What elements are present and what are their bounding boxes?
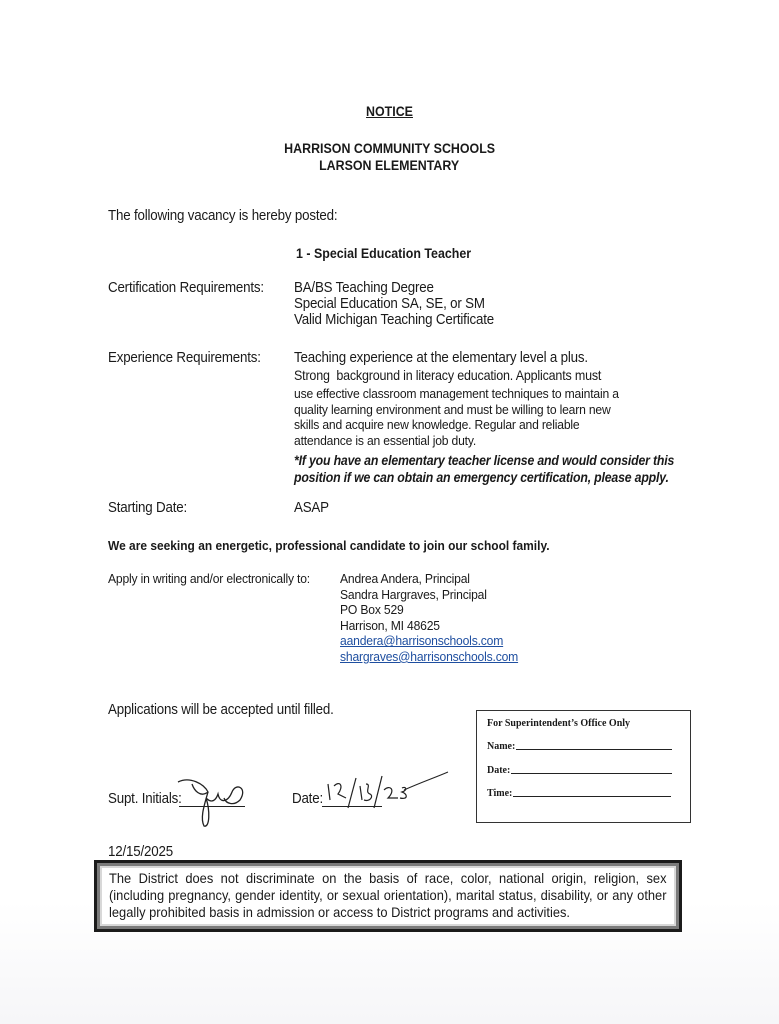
experience-line: Strong background in literacy education.… [294, 368, 601, 383]
posted-date: 12/15/2025 [108, 844, 173, 860]
superintendent-office-box: For Superintendent’s Office Only Name: D… [476, 710, 691, 823]
school-name-wrap: LARSON ELEMENTARY [0, 157, 779, 175]
intro-text: The following vacancy is hereby posted: [108, 208, 337, 224]
nondiscrimination-statement: The District does not discriminate on th… [109, 870, 667, 921]
position-title: 1 - Special Education Teacher [296, 246, 471, 261]
seeking-statement: We are seeking an energetic, professiona… [108, 538, 550, 553]
nondiscrimination-box: The District does not discriminate on th… [94, 860, 682, 932]
office-name-field[interactable] [516, 748, 672, 750]
experience-lead: Teaching experience at the elementary le… [294, 350, 588, 366]
office-date-field[interactable] [511, 772, 672, 774]
email-link-hargraves[interactable]: shargraves@harrisonschools.com [340, 649, 518, 665]
apply-contacts: Andrea Andera, Principal Sandra Hargrave… [340, 571, 518, 665]
office-date-label: Date: [487, 765, 510, 776]
office-box-title: For Superintendent’s Office Only [487, 718, 630, 729]
notice-heading: NOTICE [366, 104, 413, 119]
notice-heading-wrap: NOTICE [0, 103, 779, 121]
handwritten-initials-signature [170, 770, 250, 830]
experience-details: use effective classroom management techn… [294, 386, 619, 448]
experience-label: Experience Requirements: [108, 350, 261, 366]
experience-detail-line: quality learning environment and must be… [294, 402, 619, 418]
experience-detail-line: attendance is an essential job duty. [294, 433, 619, 449]
certification-item: Special Education SA, SE, or SM [294, 296, 494, 312]
note-line: position if we can obtain an emergency c… [294, 469, 674, 486]
office-name-row: Name: [487, 741, 672, 752]
experience-detail-line: skills and acquire new knowledge. Regula… [294, 417, 619, 433]
experience-detail-line: use effective classroom management techn… [294, 386, 619, 402]
school-name: LARSON ELEMENTARY [319, 158, 459, 173]
office-time-row: Time: [487, 788, 671, 799]
contact-line: Andrea Andera, Principal [340, 571, 518, 587]
district-name: HARRISON COMMUNITY SCHOOLS [284, 141, 495, 156]
accepted-until-filled: Applications will be accepted until fill… [108, 702, 334, 718]
district-name-wrap: HARRISON COMMUNITY SCHOOLS [0, 140, 779, 158]
starting-date-label: Starting Date: [108, 500, 187, 516]
contact-line: PO Box 529 [340, 602, 518, 618]
contact-line: Harrison, MI 48625 [340, 618, 518, 634]
email-link-andera[interactable]: aandera@harrisonschools.com [340, 633, 518, 649]
certification-label: Certification Requirements: [108, 280, 264, 296]
emergency-cert-note: *If you have an elementary teacher licen… [294, 452, 674, 486]
starting-date-value: ASAP [294, 500, 329, 516]
document-page: NOTICE HARRISON COMMUNITY SCHOOLS LARSON… [0, 0, 779, 1024]
office-date-row: Date: [487, 765, 672, 776]
office-time-label: Time: [487, 788, 512, 799]
apply-label: Apply in writing and/or electronically t… [108, 571, 310, 586]
note-line: *If you have an elementary teacher licen… [294, 452, 674, 469]
certification-list: BA/BS Teaching Degree Special Education … [294, 280, 494, 328]
office-time-field[interactable] [513, 795, 671, 797]
experience-line: Teaching experience at the elementary le… [294, 350, 588, 366]
office-name-label: Name: [487, 741, 515, 752]
signature-date-label: Date: [292, 791, 323, 807]
handwritten-date [322, 768, 452, 812]
certification-item: BA/BS Teaching Degree [294, 280, 494, 296]
certification-item: Valid Michigan Teaching Certificate [294, 312, 494, 328]
contact-line: Sandra Hargraves, Principal [340, 587, 518, 603]
